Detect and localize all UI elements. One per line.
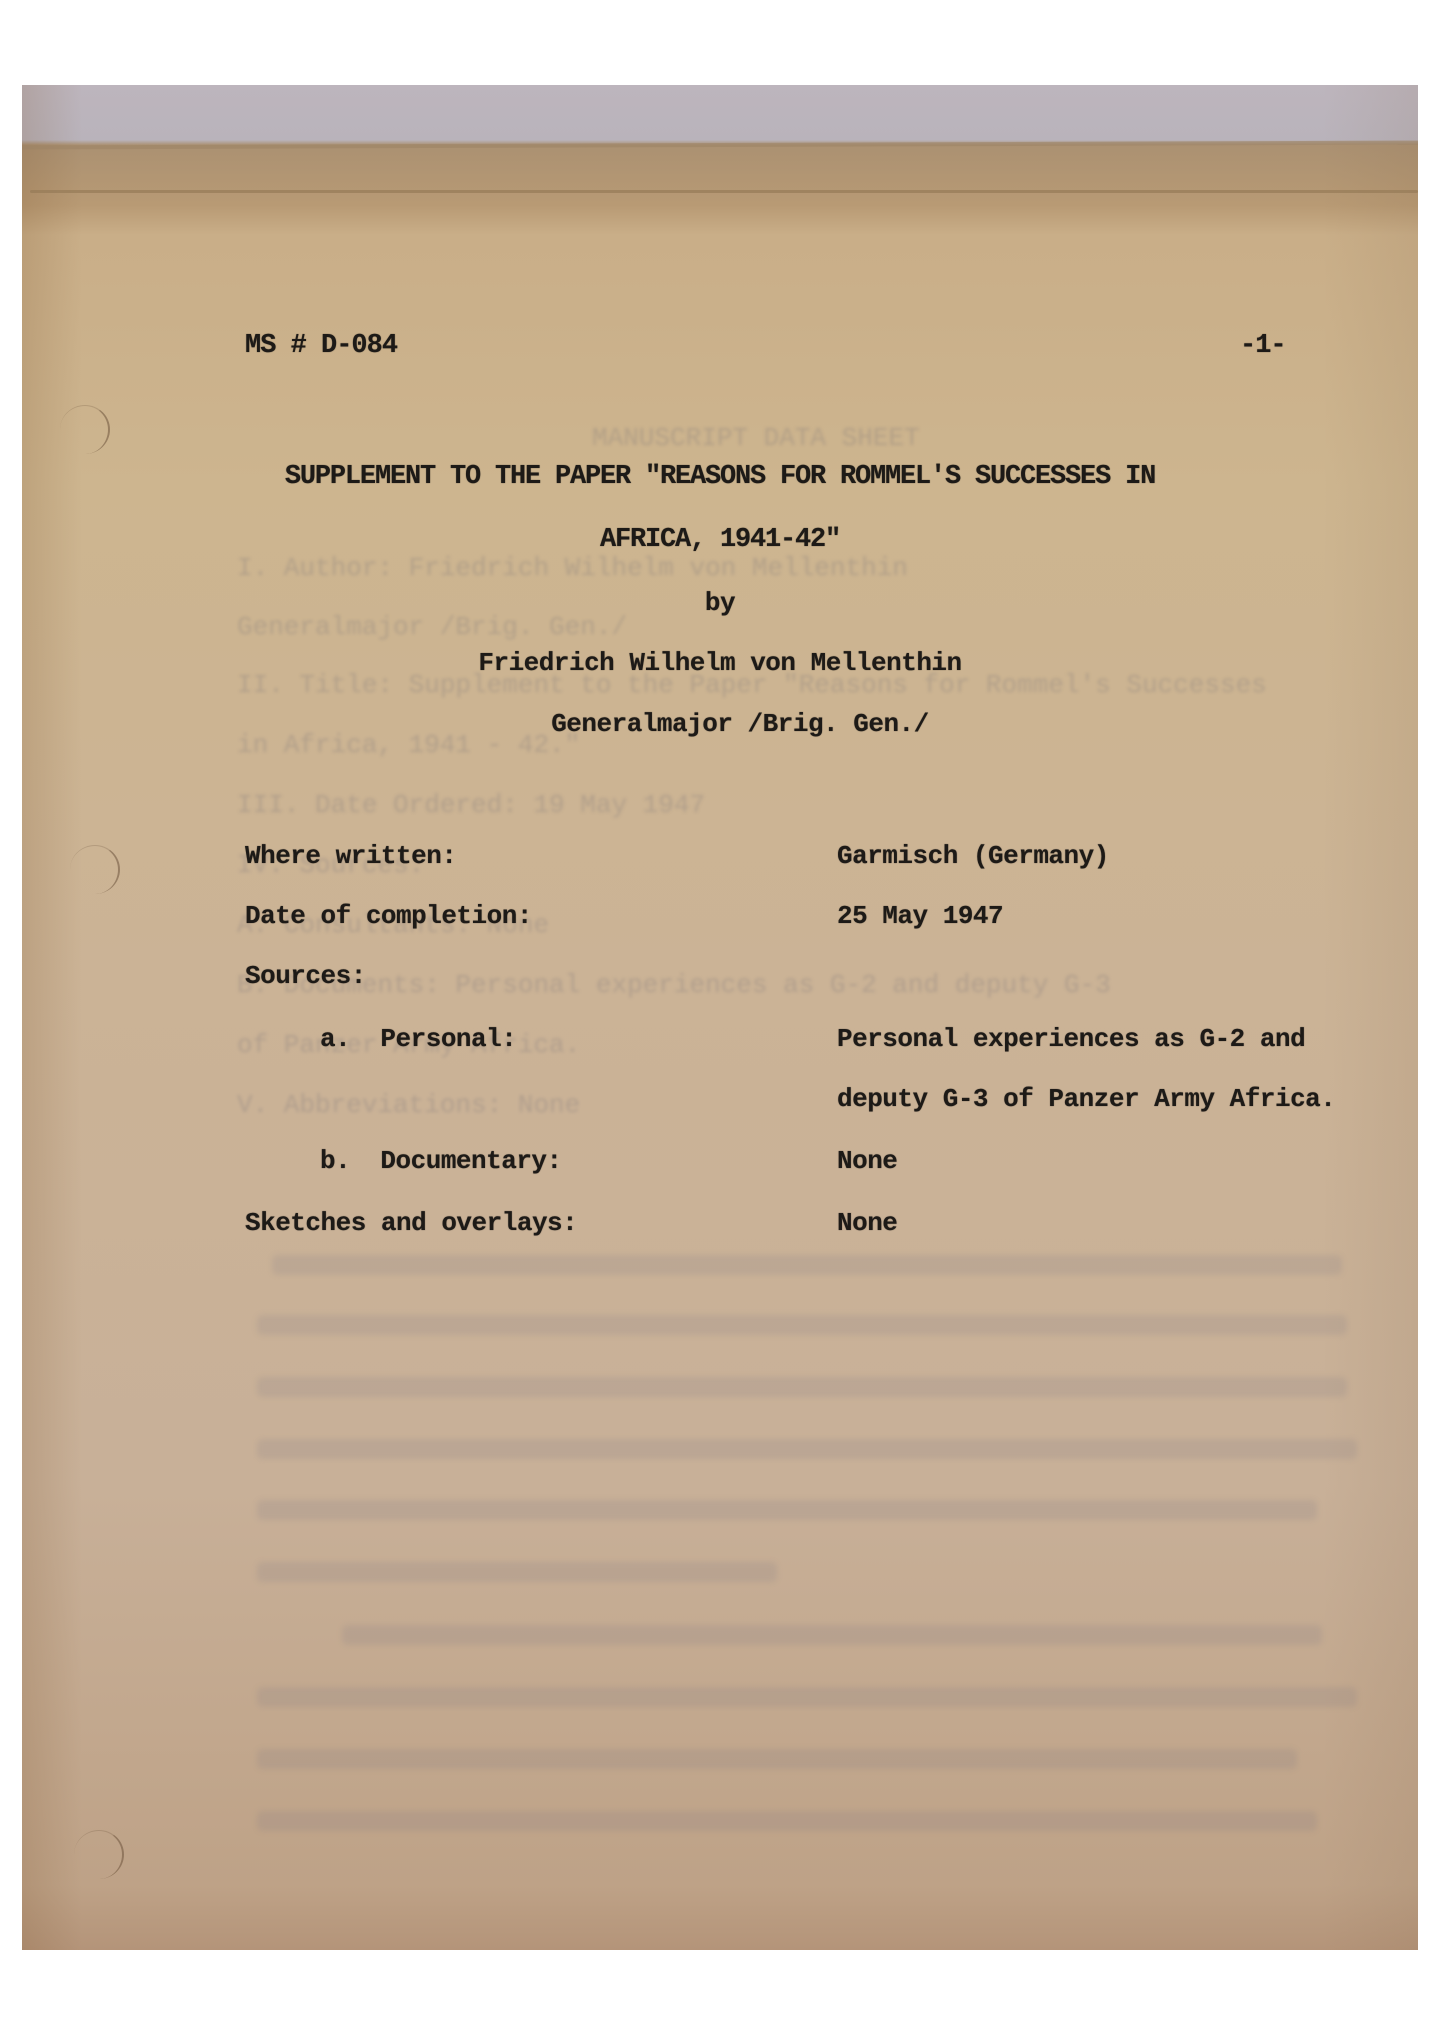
sources-label: Sources: [245, 961, 366, 991]
personal-sources-value: Personal experiences as G-2 and [837, 1024, 1305, 1054]
show-through-text-block [257, 1377, 1347, 1397]
punch-hole-mark [74, 1830, 124, 1879]
show-through-line: V. Abbreviations: None [237, 1090, 580, 1120]
show-through-text-block [257, 1749, 1297, 1769]
show-through-text-block [257, 1500, 1317, 1520]
paper-fold-line [30, 190, 1418, 193]
date-of-completion-value: 25 May 1947 [837, 901, 1003, 931]
date-of-completion-label: Date of completion: [245, 901, 532, 931]
title-line-1: SUPPLEMENT TO THE PAPER "REASONS FOR ROM… [22, 462, 1418, 492]
byline-by: by [22, 588, 1418, 618]
document-photo: MANUSCRIPT DATA SHEET I. Author: Friedri… [22, 85, 1418, 1950]
show-through-heading: MANUSCRIPT DATA SHEET [592, 423, 920, 453]
show-through-line: I. Author: Friedrich Wilhelm von Mellent… [237, 553, 908, 583]
show-through-text-block [257, 1687, 1357, 1707]
show-through-text-block [257, 1562, 777, 1582]
show-through-text-block [272, 1255, 1342, 1275]
personal-sources-label: a. Personal: [320, 1024, 516, 1054]
author-rank: Generalmajor /Brig. Gen./ [22, 709, 1418, 739]
personal-sources-value-continued: deputy G-3 of Panzer Army Africa. [837, 1084, 1335, 1114]
show-through-line: III. Date Ordered: 19 May 1947 [237, 790, 705, 820]
sketches-overlays-value: None [837, 1208, 897, 1238]
where-written-value: Garmisch (Germany) [837, 841, 1109, 871]
show-through-text-block [257, 1315, 1347, 1335]
show-through-text-block [257, 1439, 1357, 1459]
documentary-sources-value: None [837, 1146, 897, 1176]
author-name: Friedrich Wilhelm von Mellenthin [22, 648, 1418, 678]
manuscript-number: MS # D-084 [245, 331, 397, 361]
punch-hole-mark [60, 405, 110, 454]
show-through-line: B. Documents: Personal experiences as G-… [237, 970, 1111, 1000]
punch-hole-mark [70, 845, 120, 894]
show-through-text-block [342, 1625, 1322, 1645]
show-through-text-block [257, 1811, 1317, 1831]
where-written-label: Where written: [245, 841, 456, 871]
title-line-2: AFRICA, 1941-42" [22, 525, 1418, 555]
documentary-sources-label: b. Documentary: [320, 1146, 562, 1176]
page-number: -1- [1240, 331, 1286, 361]
paper-top-edge [22, 141, 1418, 150]
sketches-overlays-label: Sketches and overlays: [245, 1208, 577, 1238]
